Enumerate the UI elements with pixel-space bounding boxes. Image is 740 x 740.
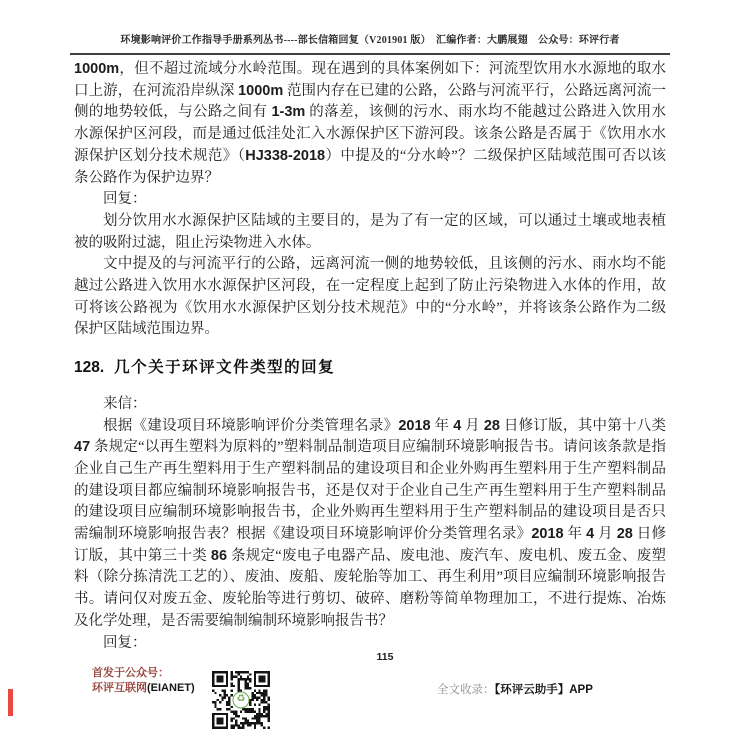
collection-label: 全文收录：: [437, 684, 495, 696]
document-page: 环境影响评价工作指导手册系列丛书----部长信箱回复（V201901 版） 汇编…: [0, 0, 740, 740]
page-header: 环境影响评价工作指导手册系列丛书----部长信箱回复（V201901 版） 汇编…: [70, 31, 670, 55]
publisher-brand: 环评互联网: [92, 682, 147, 694]
document-body: 1000m，但不超过流域分水岭范围。现在遇到的具体案例如下：河流型饮用水水源地的…: [74, 59, 666, 654]
paragraph: 根据《建设项目环境影响评价分类管理名录》2018 年 4 月 28 日修订版，其…: [74, 416, 666, 633]
collection-note: 全文收录：【环评云助手】APP: [437, 681, 593, 697]
qr-center-logo green-leaf-icon: ♻: [233, 692, 250, 709]
publisher-note: 首发于公众号： 环评互联网(EIANET): [92, 666, 195, 696]
publisher-note-line1: 首发于公众号：: [92, 667, 169, 679]
paragraph: 来信：: [74, 394, 666, 416]
qr-code: ♻: [212, 671, 270, 729]
section-title: 几个关于环评文件类型的回复: [114, 359, 335, 376]
section-number: 128.: [74, 359, 104, 376]
paragraph: 1000m，但不超过流域分水岭范围。现在遇到的具体案例如下：河流型饮用水水源地的…: [74, 59, 666, 189]
red-margin-mark: [8, 689, 13, 716]
section-heading: 128.几个关于环评文件类型的回复: [74, 357, 666, 379]
footer-page-number: 115: [0, 651, 740, 663]
paragraph: 文中提及的与河流平行的公路，远离河流一侧的地势较低，且该侧的污水、雨水均不能越过…: [74, 254, 666, 341]
paragraph: 回复：: [74, 189, 666, 211]
collection-app-name: 【环评云助手】APP: [495, 684, 593, 696]
publisher-brand-suffix: (EIANET): [147, 682, 195, 694]
paragraph: 划分饮用水水源保护区陆域的主要目的，是为了有一定的区域，可以通过土壤或地表植被的…: [74, 211, 666, 254]
